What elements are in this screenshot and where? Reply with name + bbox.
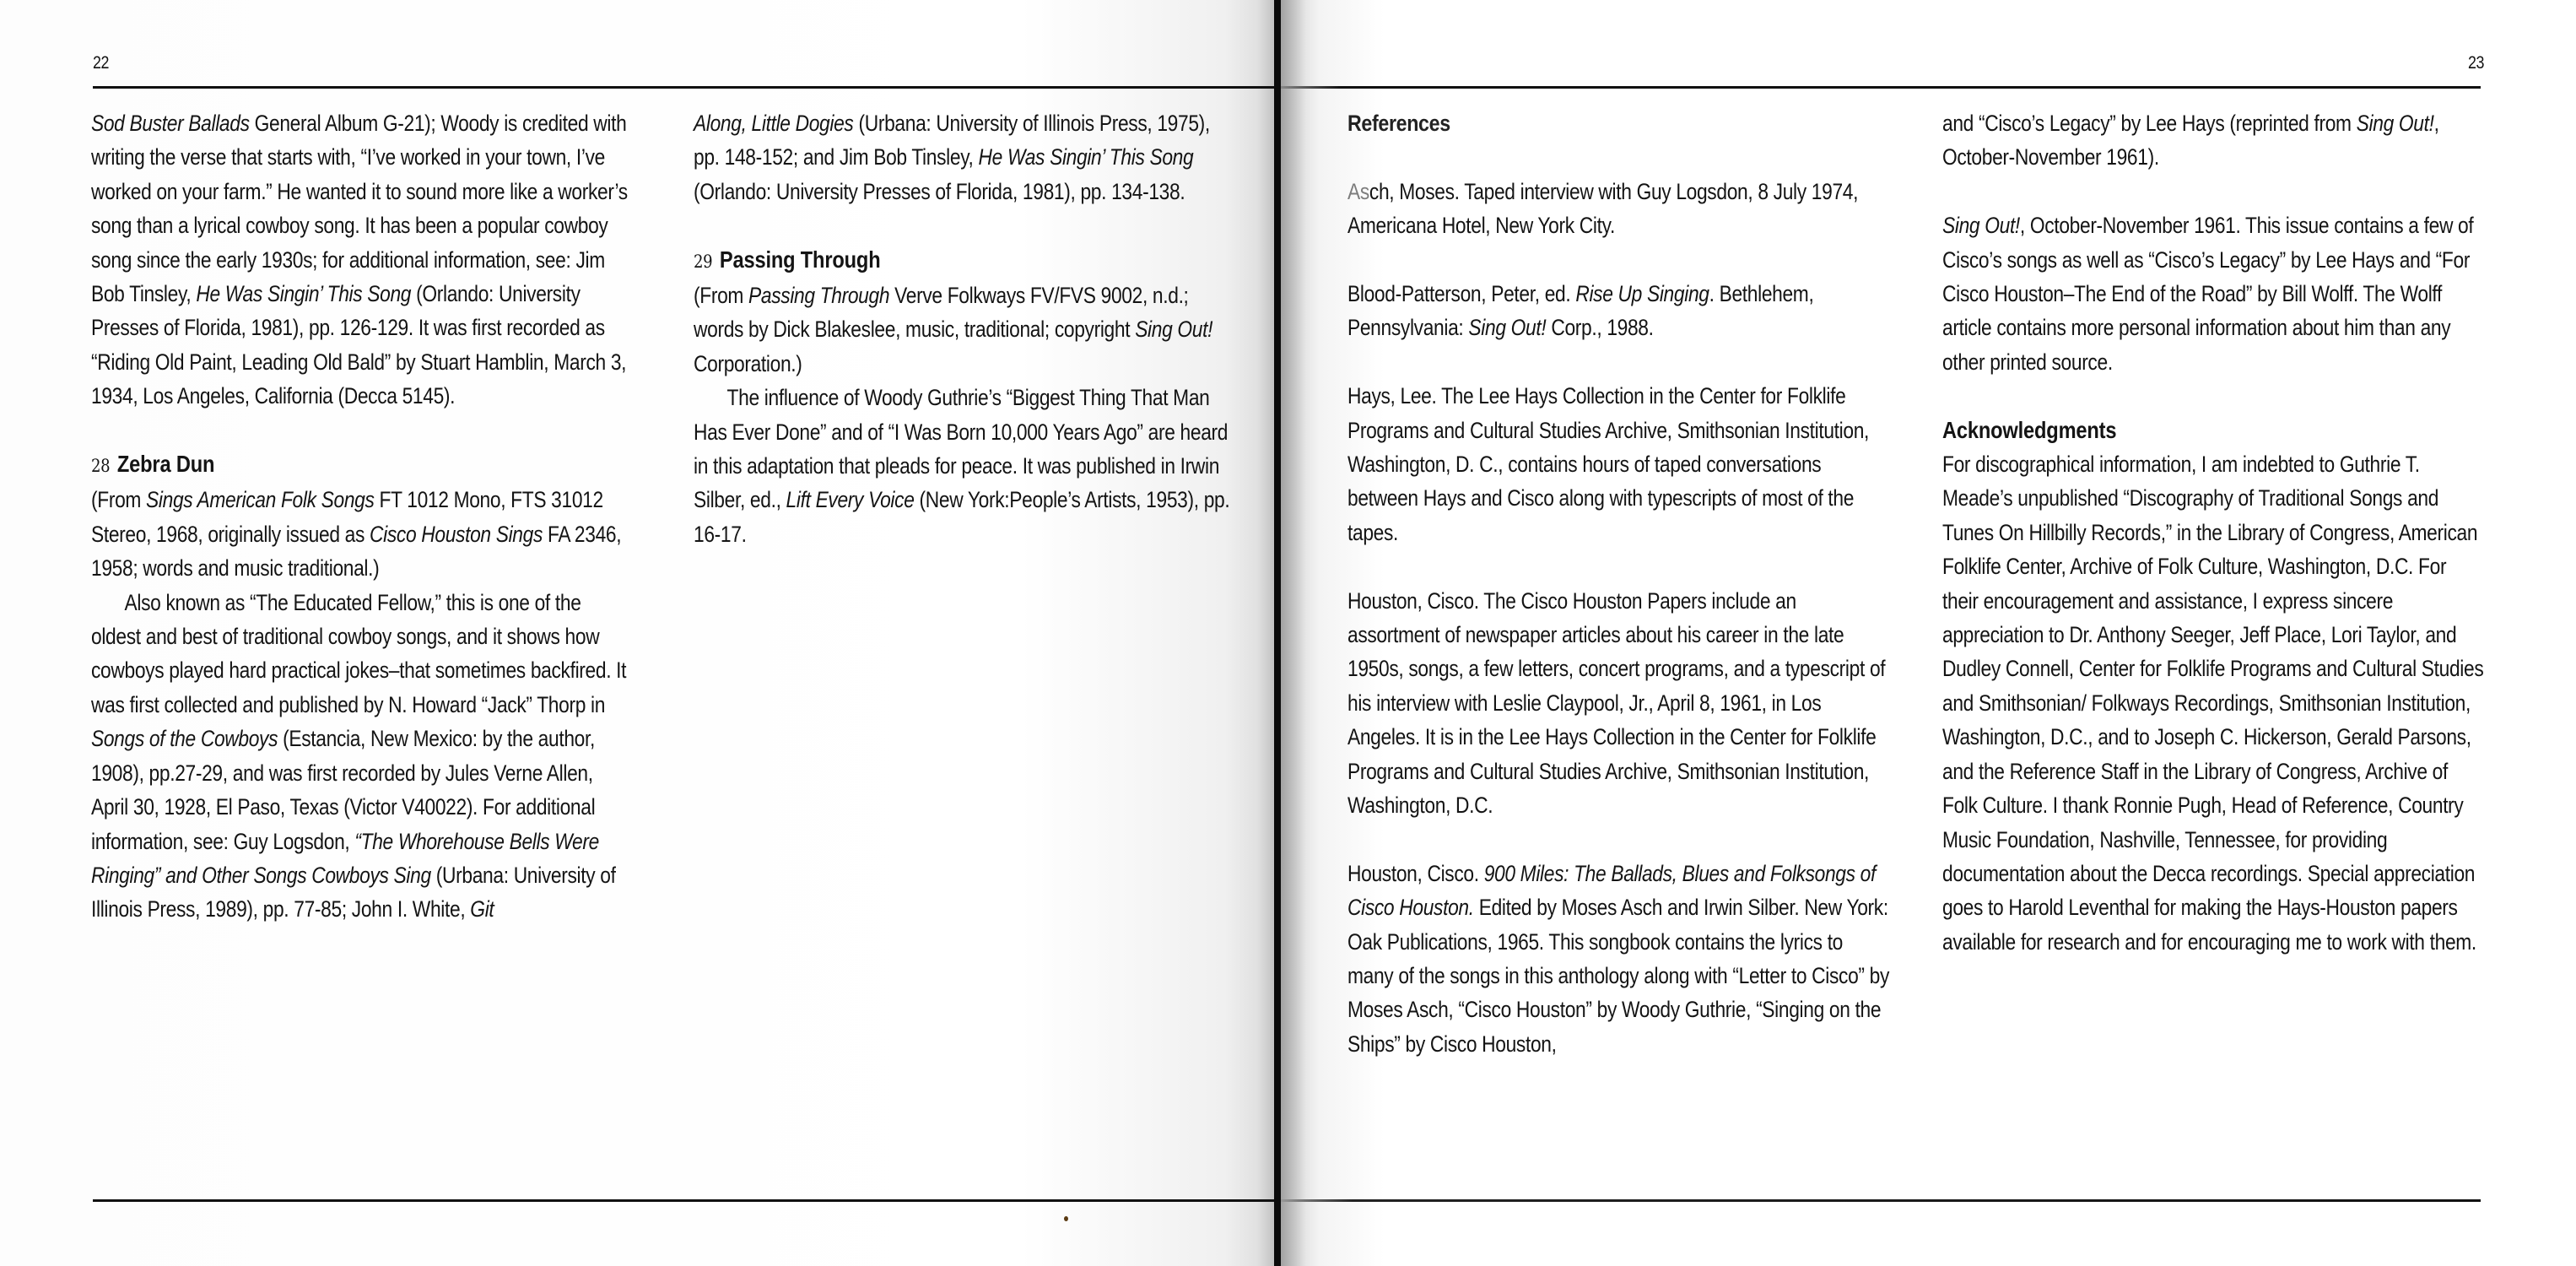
book-title: Rise Up Singing: [1575, 281, 1709, 306]
spacer: [1347, 345, 1892, 379]
right-page-column-4: and “Cisco’s Legacy” by Lee Hays (reprin…: [1942, 106, 2487, 959]
reference-continued: and “Cisco’s Legacy” by Lee Hays (reprin…: [1942, 106, 2487, 175]
reference-asch: Asch, Moses. Taped interview with Guy Lo…: [1347, 175, 1892, 243]
spine-shadow-right: [1281, 0, 1306, 1266]
paragraph-text: General Album G-21); Woody is credited w…: [91, 111, 628, 306]
acknowledgments-text: For discographical information, I am ind…: [1942, 447, 2487, 959]
track-number: 29: [694, 252, 712, 272]
notes-text: Also known as “The Educated Fellow,” thi…: [91, 590, 626, 717]
header-rule-left: [93, 86, 1274, 89]
track-notes-28: Also known as “The Educated Fellow,” thi…: [91, 586, 629, 927]
book-title: Songs of the Cowboys: [91, 726, 278, 751]
publication-title: Sing Out!: [1942, 213, 2020, 238]
spacer: [1347, 822, 1892, 856]
album-title: Cisco Houston Sings: [370, 522, 543, 547]
spacer: [1347, 549, 1892, 583]
spacer: [1942, 379, 2487, 413]
reference-text: and “Cisco’s Legacy” by Lee Hays (reprin…: [1942, 111, 2357, 136]
reference-text: Houston, Cisco.: [1347, 861, 1484, 886]
page-number-left: 22: [93, 53, 109, 73]
reference-blood-patterson: Blood-Patterson, Peter, ed. Rise Up Sing…: [1347, 277, 1892, 345]
spine-shadow-left: [1257, 0, 1274, 1266]
track-source-28: (From Sings American Folk Songs FT 1012 …: [91, 483, 629, 585]
publication-title: Sing Out!: [2357, 111, 2434, 136]
scan-speck: [1064, 1216, 1068, 1221]
source-text: (From: [91, 487, 146, 512]
paragraph-continued: Along, Little Dogies (Urbana: University…: [694, 106, 1232, 208]
right-page-column-3: References Asch, Moses. Taped interview …: [1347, 106, 1892, 1061]
footer-rule-right: [1281, 1199, 2481, 1202]
publisher-title: Sing Out!: [1468, 315, 1546, 340]
track-source-29: (From Passing Through Verve Folkways FV/…: [694, 279, 1232, 381]
reference-text: Corp., 1988.: [1546, 315, 1653, 340]
album-title: Sod Buster Ballads: [91, 111, 250, 136]
track-title: Passing Through: [720, 246, 881, 273]
spacer: [694, 208, 1232, 242]
reference-text: ch, Moses. Taped interview with Guy Logs…: [1347, 179, 1858, 238]
source-text: (From: [694, 283, 748, 308]
book-title: Git: [470, 896, 494, 922]
track-heading-29: 29Passing Through: [694, 243, 1232, 279]
publication-title: Sing Out!: [1135, 316, 1212, 342]
spacer: [1942, 175, 2487, 208]
track-notes-29: The influence of Woody Guthrie’s “Bigges…: [694, 381, 1232, 551]
left-page-column-2: Along, Little Dogies (Urbana: University…: [694, 106, 1232, 551]
spacer: [1347, 140, 1892, 174]
paragraph-sod-buster: Sod Buster Ballads General Album G-21); …: [91, 106, 629, 414]
book-title: Along, Little Dogies: [694, 111, 853, 136]
page-number-right: 23: [2468, 53, 2484, 73]
track-title: Zebra Dun: [117, 451, 214, 477]
spacer: [91, 414, 629, 447]
track-number: 28: [91, 456, 110, 476]
reference-houston-900-miles: Houston, Cisco. 900 Miles: The Ballads, …: [1347, 857, 1892, 1061]
references-heading: References: [1347, 106, 1892, 140]
paragraph-text: (Orlando: University Presses of Florida,…: [694, 179, 1185, 204]
header-rule-right: [1281, 86, 2481, 89]
footer-rule-left: [93, 1199, 1274, 1202]
book-title: He Was Singin’ This Song: [196, 281, 411, 306]
left-page-column-1: Sod Buster Ballads General Album G-21); …: [91, 106, 629, 927]
book-title: Lift Every Voice: [786, 487, 915, 512]
track-heading-28: 28Zebra Dun: [91, 447, 629, 483]
book-title: He Was Singin’ This Song: [979, 144, 1194, 170]
reference-text: , October-November 1961. This issue cont…: [1942, 213, 2473, 375]
reference-text: Blood-Patterson, Peter, ed.: [1347, 281, 1575, 306]
book-spine: [1274, 0, 1281, 1266]
source-text: Corporation.): [694, 351, 802, 376]
album-title: Passing Through: [748, 283, 889, 308]
reference-hays: Hays, Lee. The Lee Hays Collection in th…: [1347, 379, 1892, 549]
faded-text: As: [1347, 179, 1369, 204]
reference-houston-papers: Houston, Cisco. The Cisco Houston Papers…: [1347, 584, 1892, 823]
reference-sing-out: Sing Out!, October-November 1961. This i…: [1942, 208, 2487, 379]
spacer: [1347, 243, 1892, 277]
album-title: Sings American Folk Songs: [146, 487, 374, 512]
acknowledgments-heading: Acknowledgments: [1942, 414, 2487, 447]
